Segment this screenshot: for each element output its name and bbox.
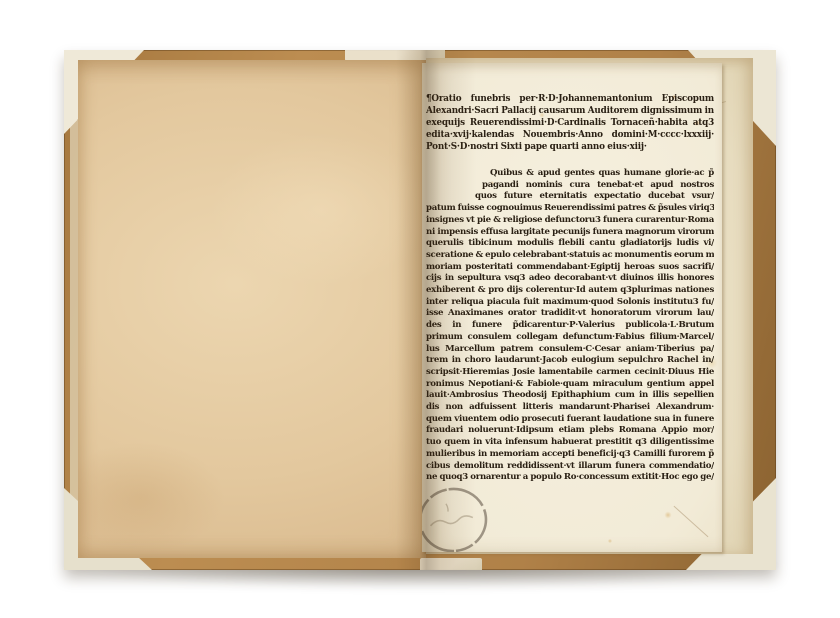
body-line: moriam posteritati commendabant·Egiptij … — [426, 262, 714, 274]
heading-line: ¶Oratio funebris per·R·D·Johannemantoniu… — [426, 93, 714, 105]
body-line: querulis tibicinum modulis flebili cantu… — [426, 238, 714, 250]
ink-stamp-graphic — [422, 481, 492, 552]
body-line: sceratione & epulo celebrabant·statuis a… — [426, 250, 714, 262]
body-line: tuo quem in vita infensum habuerat prest… — [426, 437, 714, 449]
body-line: patum fuisse cognouimus Reuerendissimi p… — [426, 203, 714, 215]
body-line: isse Anaximanes orator tradidit·vt honor… — [426, 308, 714, 320]
vellum-spine-tail — [420, 558, 482, 570]
ink-stamp — [422, 481, 492, 552]
oration-body-text: Quibus & apud gentes quas humane glorie·… — [426, 168, 714, 484]
body-line: Quibus & apud gentes quas humane glorie·… — [426, 168, 714, 180]
body-line: pagandi nominis cura tenebat·et apud nos… — [426, 180, 714, 192]
body-line: scripsit·Hieremias Josie lamentabile car… — [426, 367, 714, 379]
body-line: des in funere p̃dicarentur·P·Valerius pu… — [426, 320, 714, 332]
text-block: ¶Oratio funebris per·R·D·Johannemantoniu… — [426, 93, 714, 484]
body-line: insignes vt pie & religiose defunctoru3 … — [426, 215, 714, 227]
body-line: lus Marcellum patrem consulem·C·Cesar an… — [426, 344, 714, 356]
body-line: quem viuentem odio prosecuti fuerant lau… — [426, 414, 714, 426]
incipit-heading: ¶Oratio funebris per·R·D·Johannemantoniu… — [426, 93, 714, 153]
body-line: trem in choro laudarunt·Jacob eulogium s… — [426, 355, 714, 367]
body-line: cibus demolitum reddidissent·vt illarum … — [426, 461, 714, 473]
body-line: lauit·Ambrosius Theodosij Epithaphium cu… — [426, 390, 714, 402]
open-incunable-book: ¶Oratio funebris per·R·D·Johannemantoniu… — [64, 50, 776, 570]
heading-line: edita·xvij·kalendas Nouembris·Anno domin… — [426, 129, 714, 141]
photo-background: ¶Oratio funebris per·R·D·Johannemantoniu… — [0, 0, 840, 618]
heading-line: Pont·S·D·nostri Sixti pape quarti anno e… — [426, 141, 714, 153]
body-line: mulieribus in memoriam accepti beneficij… — [426, 449, 714, 461]
body-line: quos future eternitatis expectatio duceb… — [426, 191, 714, 203]
body-line: fraudari noluerunt·Idipsum etiam plebs R… — [426, 425, 714, 437]
body-line: ronimus Nepotiani·& Fabiole·quam miracul… — [426, 379, 714, 391]
body-line: dis non adfuissent litteris mandarunt·Ph… — [426, 402, 714, 414]
heading-line: Alexandri·Sacri Pallacij causarum Audito… — [426, 105, 714, 117]
body-line: primum consulem collegam defunctum·Fabiu… — [426, 332, 714, 344]
body-line: cijs in sepultura vsq3 adeo decorabant·v… — [426, 273, 714, 285]
left-blank-page — [78, 60, 426, 558]
body-line: inter reliqua piacula fuit maximum·quod … — [426, 297, 714, 309]
body-line: ni impensis effusa largitate pecunijs fu… — [426, 227, 714, 239]
heading-line: exequijs Reuerendissimi·D·Cardinalis Tor… — [426, 117, 714, 129]
body-line: exhiberent & pro dijs colerentur·Id aute… — [426, 285, 714, 297]
printed-leaf: ¶Oratio funebris per·R·D·Johannemantoniu… — [422, 63, 722, 552]
